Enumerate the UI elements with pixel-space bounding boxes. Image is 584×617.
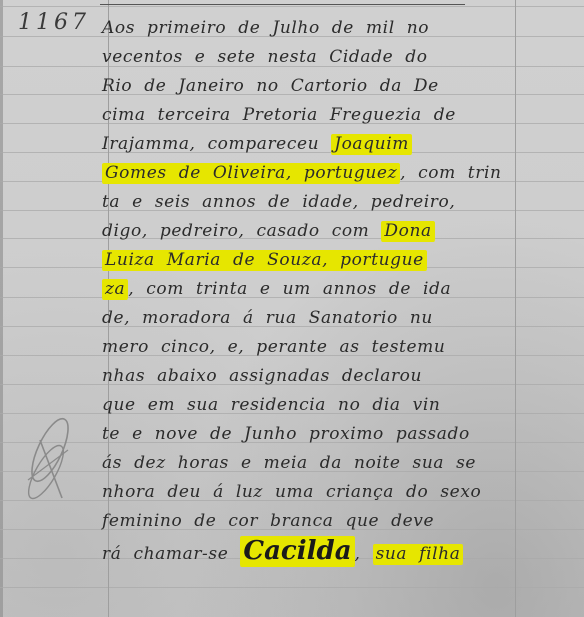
ruled-line xyxy=(0,587,584,588)
text-line-6: Gomes de Oliveira, portuguez, com trin xyxy=(102,160,522,186)
text-line-4: cima terceira Pretoria Freguezia de xyxy=(102,102,522,128)
highlighted-mother-name: Luiza Maria de Souza, portugue xyxy=(102,250,427,270)
text-line-16: ás dez horas e meia da noite sua se xyxy=(102,450,522,476)
entry-number: 1167 xyxy=(18,10,90,35)
text-line-3: Rio de Janeiro no Cartorio da De xyxy=(102,73,522,99)
text-line-14: que em sua residencia no dia vin xyxy=(102,392,522,418)
text-line-12: mero cinco, e, perante as testemu xyxy=(102,334,522,360)
text-line-15: te e nove de Junho proximo passado xyxy=(102,421,522,447)
text-line-10: za, com trinta e um annos de ida xyxy=(102,276,522,302)
text-line-17: nhora deu á luz uma criança do sexo xyxy=(102,479,522,505)
text-line-13: nhas abaixo assignadas declarou xyxy=(102,363,522,389)
text-line-2: vecentos e sete nesta Cidade do xyxy=(102,44,522,70)
text-line-8: digo, pedreiro, casado com Dona xyxy=(102,218,522,244)
line-text: , xyxy=(355,544,373,564)
text-line-7: ta e seis annos de idade, pedreiro, xyxy=(102,189,522,215)
line-text: que em sua residencia no dia vin xyxy=(102,395,440,415)
page-edge-shadow xyxy=(0,0,3,617)
highlighted-child-name: Cacilda xyxy=(240,536,354,566)
line-text: digo, pedreiro, casado com xyxy=(102,221,381,241)
line-text: ás dez horas e meia da noite sua se xyxy=(102,453,476,473)
line-text: , com trinta e um annos de ida xyxy=(128,279,451,299)
ruled-line xyxy=(0,6,584,7)
line-text: vecentos e sete nesta Cidade do xyxy=(102,47,428,67)
text-line-11: de, moradora á rua Sanatorio nu xyxy=(102,305,522,331)
line-text: , com trin xyxy=(400,163,501,183)
line-text: te e nove de Junho proximo passado xyxy=(102,424,470,444)
top-pen-stroke xyxy=(100,4,465,5)
line-text: feminino de cor branca que deve xyxy=(102,511,434,531)
line-text: de, moradora á rua Sanatorio nu xyxy=(102,308,433,328)
line-text: nhora deu á luz uma criança do sexo xyxy=(102,482,481,502)
line-text: nhas abaixo assignadas declarou xyxy=(102,366,422,386)
highlighted-mother-title: Dona xyxy=(381,221,434,241)
highlighted-mother-nationality-end: za xyxy=(102,279,128,299)
line-text: rá chamar-se xyxy=(102,544,240,564)
line-text: ta e seis annos de idade, pedreiro, xyxy=(102,192,455,212)
line-text: Aos primeiro de Julho de mil no xyxy=(102,18,429,38)
highlighted-father-first-name: Joaquim xyxy=(331,134,412,154)
text-line-19: rá chamar-se Cacilda, sua filha xyxy=(102,535,522,567)
highlighted-father-surname-nationality: Gomes de Oliveira, portuguez xyxy=(102,163,400,183)
registry-page: 1167 Aos primeiro de Julho de mil no vec… xyxy=(0,0,584,617)
text-line-18: feminino de cor branca que deve xyxy=(102,508,522,534)
highlighted-relationship: sua filha xyxy=(373,544,464,564)
margin-initials-flourish-icon xyxy=(18,410,78,510)
text-line-1: Aos primeiro de Julho de mil no xyxy=(102,15,522,41)
line-text: mero cinco, e, perante as testemu xyxy=(102,337,445,357)
text-line-9: Luiza Maria de Souza, portugue xyxy=(102,247,522,273)
line-text: Irajamma, compareceu xyxy=(102,134,331,154)
line-text: Rio de Janeiro no Cartorio da De xyxy=(102,76,439,96)
text-line-5: Irajamma, compareceu Joaquim xyxy=(102,131,522,157)
line-text: cima terceira Pretoria Freguezia de xyxy=(102,105,456,125)
